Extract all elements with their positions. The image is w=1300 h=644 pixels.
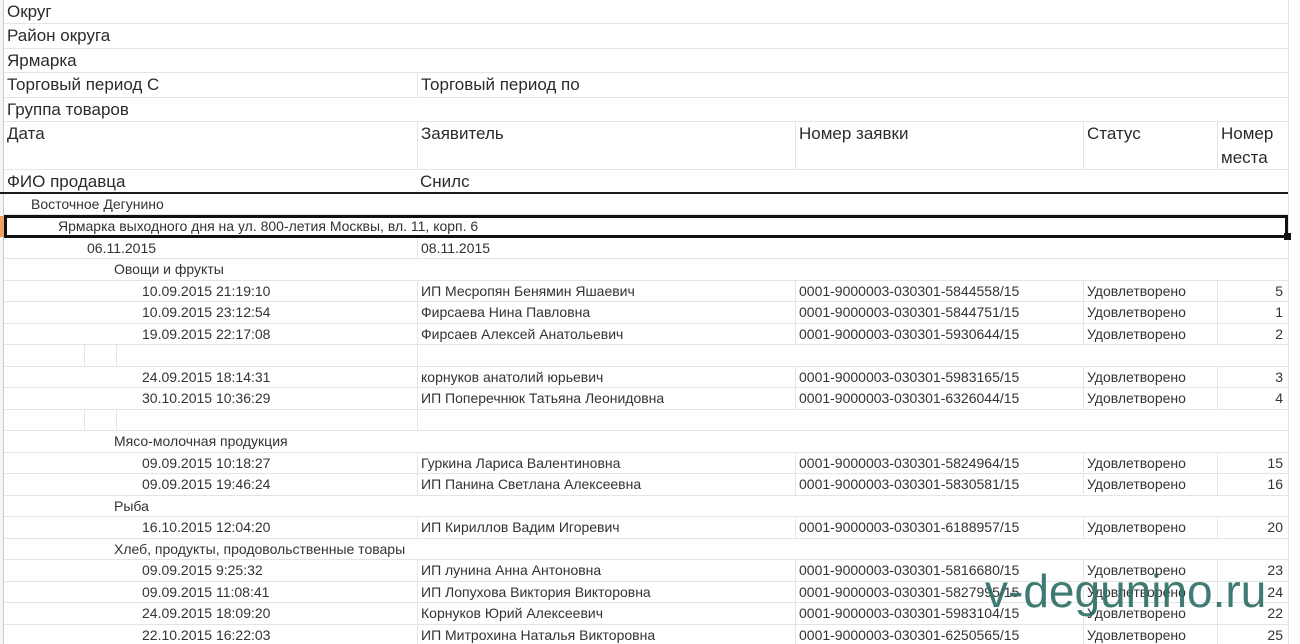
application-number-cell: 0001-9000003-030301-6326044/15: [795, 388, 1083, 409]
area-value: Восточное Дегунино: [31, 194, 164, 214]
watermark: v-degunino.ru: [985, 568, 1266, 614]
status-cell: Удовлетворено: [1083, 625, 1217, 644]
status-cell: Удовлетворено: [1083, 324, 1217, 345]
date-cell: 24.09.2015 18:14:31: [142, 367, 270, 388]
place-number-cell: 2: [1217, 324, 1288, 345]
empty-row[interactable]: [4, 345, 1288, 367]
goods-group-label: Группа товаров: [4, 98, 1288, 121]
empty-cell[interactable]: [84, 410, 116, 431]
cell-selection[interactable]: [4, 215, 1288, 238]
status-cell: Удовлетворено: [1083, 302, 1217, 323]
application-number-cell: 0001-9000003-030301-5830581/15: [795, 474, 1083, 495]
applicant-cell: ИП Поперечнюк Татьяна Леонидовна: [417, 388, 795, 409]
status-cell: Удовлетворено: [1083, 281, 1217, 302]
empty-cell[interactable]: [417, 345, 1288, 366]
application-number-cell: 0001-9000003-030301-5844558/15: [795, 281, 1083, 302]
group-name: Рыба: [114, 496, 149, 517]
header-row-columns[interactable]: Дата Заявитель Номер заявки Статус Номер…: [4, 122, 1288, 170]
period-row[interactable]: 06.11.2015 08.11.2015: [4, 238, 1288, 259]
header-row-seller[interactable]: ФИО продавца Снилс: [4, 170, 1288, 192]
date-cell: 10.09.2015 23:12:54: [142, 302, 270, 323]
status-cell: Удовлетворено: [1083, 367, 1217, 388]
period-to-value: 08.11.2015: [417, 238, 1288, 258]
column-date: Дата: [4, 122, 417, 169]
header-row-fair[interactable]: Ярмарка: [4, 49, 1288, 73]
period-from-label: Торговый период С: [4, 73, 417, 97]
place-number-cell: 4: [1217, 388, 1288, 409]
table-row[interactable]: 30.10.2015 10:36:29ИП Поперечнюк Татьяна…: [4, 388, 1288, 410]
place-number-cell: 1: [1217, 302, 1288, 323]
header-row-goods-group[interactable]: Группа товаров: [4, 98, 1288, 122]
applicant-cell: Гуркина Лариса Валентиновна: [417, 453, 795, 474]
applicant-cell: Корнуков Юрий Алексеевич: [417, 603, 795, 624]
column-application-number: Номер заявки: [795, 122, 1083, 169]
table-row[interactable]: 24.09.2015 18:14:31корнуков анатолий юрь…: [4, 367, 1288, 389]
application-number-cell: 0001-9000003-030301-5844751/15: [795, 302, 1083, 323]
status-cell: Удовлетворено: [1083, 388, 1217, 409]
applicant-cell: ИП Лопухова Виктория Викторовна: [417, 582, 795, 603]
place-number-cell: 15: [1217, 453, 1288, 474]
group-name: Мясо-молочная продукция: [114, 431, 288, 452]
application-number-cell: 0001-9000003-030301-5824964/15: [795, 453, 1083, 474]
header-row-district[interactable]: Округ: [4, 0, 1288, 24]
fair-label: Ярмарка: [4, 49, 1288, 72]
district-label: Округ: [4, 0, 1288, 23]
table-row[interactable]: 19.09.2015 22:17:08Фирсаев Алексей Анато…: [4, 324, 1288, 346]
date-cell: 24.09.2015 18:09:20: [142, 603, 270, 624]
spreadsheet: Округ Район округа Ярмарка Торговый пери…: [0, 0, 1300, 644]
date-cell: 19.09.2015 22:17:08: [142, 324, 270, 345]
empty-cell[interactable]: [116, 410, 417, 431]
status-cell: Удовлетворено: [1083, 517, 1217, 538]
applicant-cell: ИП Кириллов Вадим Игоревич: [417, 517, 795, 538]
column-applicant: Заявитель: [417, 122, 795, 169]
group-name: Овощи и фрукты: [114, 259, 224, 280]
area-row[interactable]: Восточное Дегунино: [4, 194, 1288, 215]
applicant-cell: ИП Месропян Бенямин Яшаевич: [417, 281, 795, 302]
group-row[interactable]: Мясо-молочная продукция: [4, 431, 1288, 453]
column-place-number: Номер места: [1217, 122, 1288, 169]
date-cell: 16.10.2015 12:04:20: [142, 517, 270, 538]
period-from-value: 06.11.2015: [87, 238, 156, 258]
header-row-area[interactable]: Район округа: [4, 24, 1288, 49]
date-cell: 09.09.2015 19:46:24: [142, 474, 270, 495]
table-row[interactable]: 09.09.2015 10:18:27Гуркина Лариса Валент…: [4, 453, 1288, 475]
empty-cell[interactable]: [116, 345, 417, 366]
date-cell: 09.09.2015 10:18:27: [142, 453, 270, 474]
applicant-cell: ИП Панина Светлана Алексеевна: [417, 474, 795, 495]
area-label: Район округа: [4, 24, 1288, 48]
application-number-cell: 0001-9000003-030301-5930644/15: [795, 324, 1083, 345]
table-row[interactable]: 22.10.2015 16:22:03ИП Митрохина Наталья …: [4, 625, 1288, 644]
date-cell: 30.10.2015 10:36:29: [142, 388, 270, 409]
status-cell: Удовлетворено: [1083, 453, 1217, 474]
place-number-cell: 3: [1217, 367, 1288, 388]
period-to-label: Торговый период по: [417, 73, 1288, 97]
date-cell: 22.10.2015 16:22:03: [142, 625, 270, 644]
application-number-cell: 0001-9000003-030301-6250565/15: [795, 625, 1083, 644]
application-number-cell: 0001-9000003-030301-6188957/15: [795, 517, 1083, 538]
group-row[interactable]: Рыба: [4, 496, 1288, 518]
place-number-cell: 5: [1217, 281, 1288, 302]
group-name: Хлеб, продукты, продовольственные товары: [114, 539, 405, 560]
column-status: Статус: [1083, 122, 1217, 169]
place-number-cell: 20: [1217, 517, 1288, 538]
date-cell: 09.09.2015 9:25:32: [142, 560, 263, 581]
header-row-period[interactable]: Торговый период С Торговый период по: [4, 73, 1288, 98]
applicant-cell: Фирсаева Нина Павловна: [417, 302, 795, 323]
table-row[interactable]: 10.09.2015 21:19:10ИП Месропян Бенямин Я…: [4, 281, 1288, 303]
applicant-cell: ИП лунина Анна Антоновна: [417, 560, 795, 581]
column-seller-name: ФИО продавца: [4, 170, 417, 192]
applicant-cell: ИП Митрохина Наталья Викторовна: [417, 625, 795, 644]
empty-row[interactable]: [4, 410, 1288, 432]
table-row[interactable]: 16.10.2015 12:04:20ИП Кириллов Вадим Иго…: [4, 517, 1288, 539]
fill-handle[interactable]: [1284, 233, 1291, 240]
table-row[interactable]: 10.09.2015 23:12:54Фирсаева Нина Павловн…: [4, 302, 1288, 324]
date-cell: 10.09.2015 21:19:10: [142, 281, 270, 302]
date-cell: 09.09.2015 11:08:41: [142, 582, 269, 603]
place-number-cell: 16: [1217, 474, 1288, 495]
table-row[interactable]: 09.09.2015 19:46:24ИП Панина Светлана Ал…: [4, 474, 1288, 496]
column-edge: [1288, 0, 1289, 644]
applicant-cell: корнуков анатолий юрьевич: [417, 367, 795, 388]
applicant-cell: Фирсаев Алексей Анатольевич: [417, 324, 795, 345]
status-cell: Удовлетворено: [1083, 474, 1217, 495]
column-snils: Снилс: [417, 170, 1288, 192]
empty-cell[interactable]: [84, 345, 116, 366]
application-number-cell: 0001-9000003-030301-5983165/15: [795, 367, 1083, 388]
group-row[interactable]: Хлеб, продукты, продовольственные товары: [4, 539, 1288, 561]
group-row[interactable]: Овощи и фрукты: [4, 259, 1288, 281]
place-number-cell: 25: [1217, 625, 1288, 644]
empty-cell[interactable]: [417, 410, 1288, 431]
